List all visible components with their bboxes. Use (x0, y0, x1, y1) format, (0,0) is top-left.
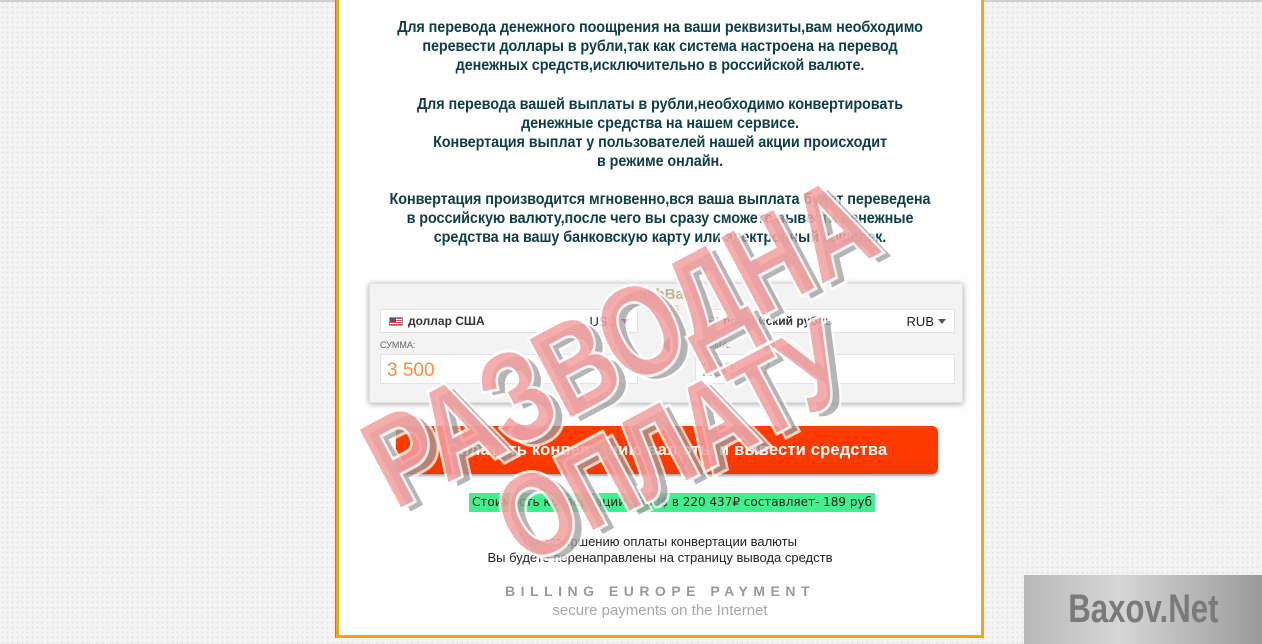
text-line: в российскую валюту,после чего вы сразу … (361, 209, 958, 228)
text-line: Конвертация выплат у пользователей нашей… (361, 133, 958, 152)
logo-text: CashBack (628, 286, 701, 303)
from-currency-code: USD (590, 314, 617, 329)
text-line: По завершению оплаты конвертации валюты (339, 534, 981, 550)
to-amount-input[interactable]: 220 437 (695, 354, 955, 384)
swap-arrow-icon[interactable] (662, 336, 670, 354)
intro-paragraph-2: Для перевода вашей выплаты в рубли,необх… (361, 95, 958, 171)
intro-paragraph-3: Конвертация производится мгновенно,вся в… (361, 190, 958, 247)
text-line: денежные средства на нашем сервисе. (361, 114, 958, 133)
billing-brand: BILLING EUROPE PAYMENT (339, 583, 981, 599)
chevron-down-icon (621, 319, 629, 324)
us-flag-icon (389, 317, 403, 326)
text-line: Конвертация производится мгновенно,вся в… (361, 190, 958, 209)
chevron-down-icon (938, 319, 946, 324)
cashback-logo: CashBack BONUS (628, 286, 698, 326)
to-sum-label: СУММА: (695, 340, 730, 350)
to-currency-select[interactable]: российский рубль RUB (695, 309, 955, 333)
conversion-cost-notice: Стоимость конвертации 3500$ в 220 437₽ с… (469, 493, 875, 512)
text-line: денежных средств,исключительно в российс… (361, 56, 958, 75)
text-line: средства на вашу банковскую карту или эл… (361, 228, 958, 247)
from-sum-label: СУММА: (380, 340, 415, 350)
watermark-logo: Baxov.Net (1024, 575, 1262, 644)
from-amount-input[interactable]: 3 500 (380, 354, 638, 384)
currency-converter: CashBack BONUS доллар США USD российский… (369, 283, 963, 403)
text-line: Вы будете перенаправлены на страницу выв… (339, 550, 981, 566)
billing-tagline: secure payments on the Internet (339, 602, 981, 619)
pay-conversion-button[interactable]: Оплатить конвертацию валюты и вывести ср… (396, 426, 938, 474)
intro-paragraph-1: Для перевода денежного поощрения на ваши… (361, 18, 958, 75)
logo-subtext: BONUS (628, 304, 698, 314)
watermark-text: Baxov.Net (1068, 575, 1218, 644)
content-panel: Для перевода денежного поощрения на ваши… (336, 0, 984, 638)
from-currency-name: доллар США (408, 314, 590, 328)
text-line: перевести доллары в рубли,так как систем… (361, 37, 958, 56)
to-currency-name: российский рубль (723, 314, 907, 328)
to-currency-code: RUB (907, 314, 934, 329)
text-line: Для перевода денежного поощрения на ваши… (361, 18, 958, 37)
from-currency-select[interactable]: доллар США USD (380, 309, 638, 333)
ru-flag-icon (704, 317, 718, 326)
redirect-notice: По завершению оплаты конвертации валюты … (339, 534, 981, 566)
text-line: Для перевода вашей выплаты в рубли,необх… (361, 95, 958, 114)
text-line: в режиме онлайн. (361, 152, 958, 171)
